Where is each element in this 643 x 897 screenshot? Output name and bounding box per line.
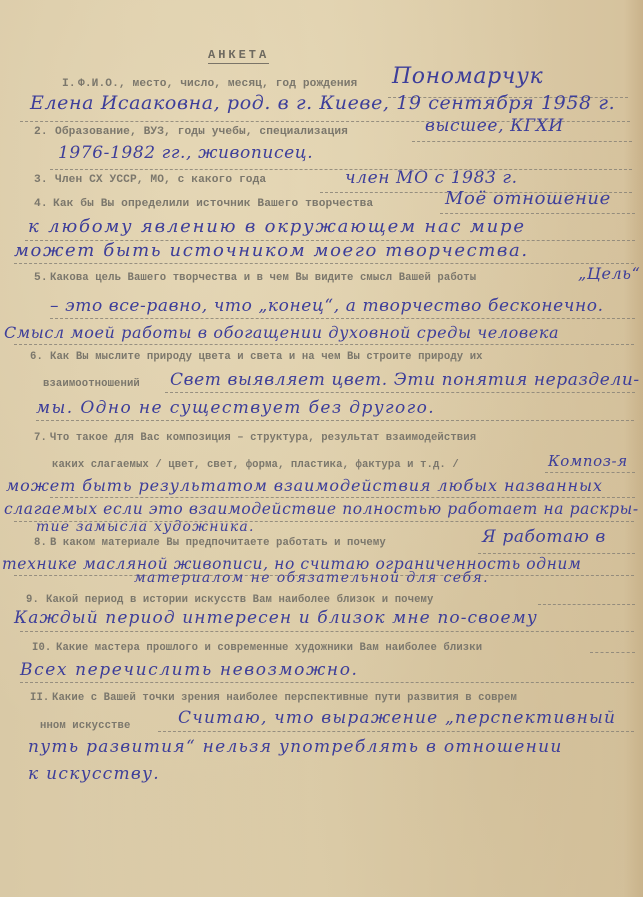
answer-line — [412, 141, 632, 142]
question-8-text: В каком материале Вы предпочитаете работ… — [50, 537, 386, 549]
answer-line — [478, 553, 635, 554]
question-7-text-line-1: Что такое для Вас композиция – структура… — [50, 432, 476, 444]
answer-line — [36, 420, 634, 421]
answer-line — [538, 604, 635, 605]
answer-2-line-2: 1976-1982 гг., живописец. — [58, 143, 313, 163]
question-10-number: I0. — [32, 642, 51, 654]
answer-5-line-2: – это все-равно, что „конец“, а творчест… — [50, 296, 604, 316]
answer-line — [14, 344, 634, 345]
question-2-number: 2. — [34, 126, 48, 138]
answer-3: член МО с 1983 г. — [345, 168, 518, 188]
question-11-number: II. — [30, 692, 49, 704]
answer-line — [158, 731, 634, 732]
question-9-text: Какой период в истории искусств Вам наиб… — [46, 594, 433, 606]
questionnaire-page: АНКЕТА I. Ф.И.О., место, число, месяц, г… — [0, 0, 643, 897]
answer-8-line-3: материалом не обязательной для себя. — [134, 570, 489, 586]
question-3-text: Член СХ УССР, МО, с какого года — [55, 174, 266, 186]
document-title: АНКЕТА — [208, 48, 269, 64]
question-11-text-line-1: Какие с Вашей точки зрения наиболее перс… — [52, 692, 517, 704]
answer-7-line-1: Композ-я — [548, 452, 628, 470]
answer-line — [440, 213, 635, 214]
question-4-text: Как бы Вы определили источник Вашего тво… — [53, 198, 373, 210]
question-6-text-line-1: Как Вы мыслите природу цвета и света и н… — [50, 351, 483, 363]
answer-6-line-1: Свет выявляет цвет. Эти понятия нераздел… — [170, 370, 640, 390]
answer-line — [165, 392, 635, 393]
question-2-text: Образование, ВУЗ, годы учебы, специализа… — [55, 126, 348, 138]
answer-4-line-1: Моё отношение — [445, 188, 611, 209]
answer-line — [50, 497, 635, 498]
answer-1-surname: Пономарчук — [392, 64, 543, 89]
answer-1-line-2: Елена Исааковна, род. в г. Киеве, 19 сен… — [30, 92, 615, 114]
answer-2-line-1: высшее, КГХИ — [425, 116, 564, 136]
question-6-number: 6. — [30, 351, 43, 363]
answer-line — [50, 318, 635, 319]
question-1-number: I. — [62, 78, 76, 90]
answer-line — [545, 472, 635, 473]
answer-4-line-3: может быть источником моего творчества. — [14, 240, 529, 261]
answer-10: Всех перечислить невозможно. — [20, 660, 359, 680]
question-7-text-line-2: каких слагаемых / цвет, свет, форма, пла… — [52, 459, 459, 471]
answer-5-line-3: Смысл моей работы в обогащении духовной … — [4, 323, 559, 342]
question-1-text: Ф.И.О., место, число, месяц, год рождени… — [78, 78, 357, 90]
answer-4-line-2: к любому явлению в окружающем нас мире — [28, 216, 526, 237]
answer-line — [20, 682, 634, 683]
answer-line — [590, 652, 635, 653]
question-9-number: 9. — [26, 594, 39, 606]
answer-line — [20, 631, 634, 632]
answer-9: Каждый период интересен и близок мне по-… — [14, 608, 538, 628]
question-11-text-line-2: нном искусстве — [40, 720, 130, 732]
question-6-text-line-2: взаимоотношений — [43, 378, 140, 390]
question-5-number: 5. — [34, 272, 48, 284]
question-3-number: 3. — [34, 174, 48, 186]
answer-7-line-2: может быть результатом взаимодействия лю… — [6, 476, 603, 495]
answer-11-line-3: к искусству. — [28, 764, 160, 784]
question-8-number: 8. — [34, 537, 47, 549]
answer-6-line-2: мы. Одно не существует без другого. — [36, 398, 435, 418]
answer-11-line-2: путь развития“ нельзя употреблять в отно… — [28, 737, 563, 757]
answer-5-line-1: „Цель“ — [578, 264, 640, 283]
question-7-number: 7. — [34, 432, 47, 444]
answer-line — [50, 169, 632, 170]
answer-8-line-1: Я работаю в — [482, 527, 606, 547]
question-10-text: Какие мастера прошлого и современные худ… — [56, 642, 482, 654]
answer-line — [14, 263, 634, 264]
question-5-text: Какова цель Вашего творчества и в чем Вы… — [50, 272, 476, 284]
answer-11-line-1: Считаю, что выражение „перспективный — [178, 708, 616, 728]
answer-7-line-3: слагаемых если это взаимодействие полнос… — [4, 500, 639, 518]
answer-7-line-4: тие замысла художника. — [36, 519, 255, 535]
question-4-number: 4. — [34, 198, 48, 210]
